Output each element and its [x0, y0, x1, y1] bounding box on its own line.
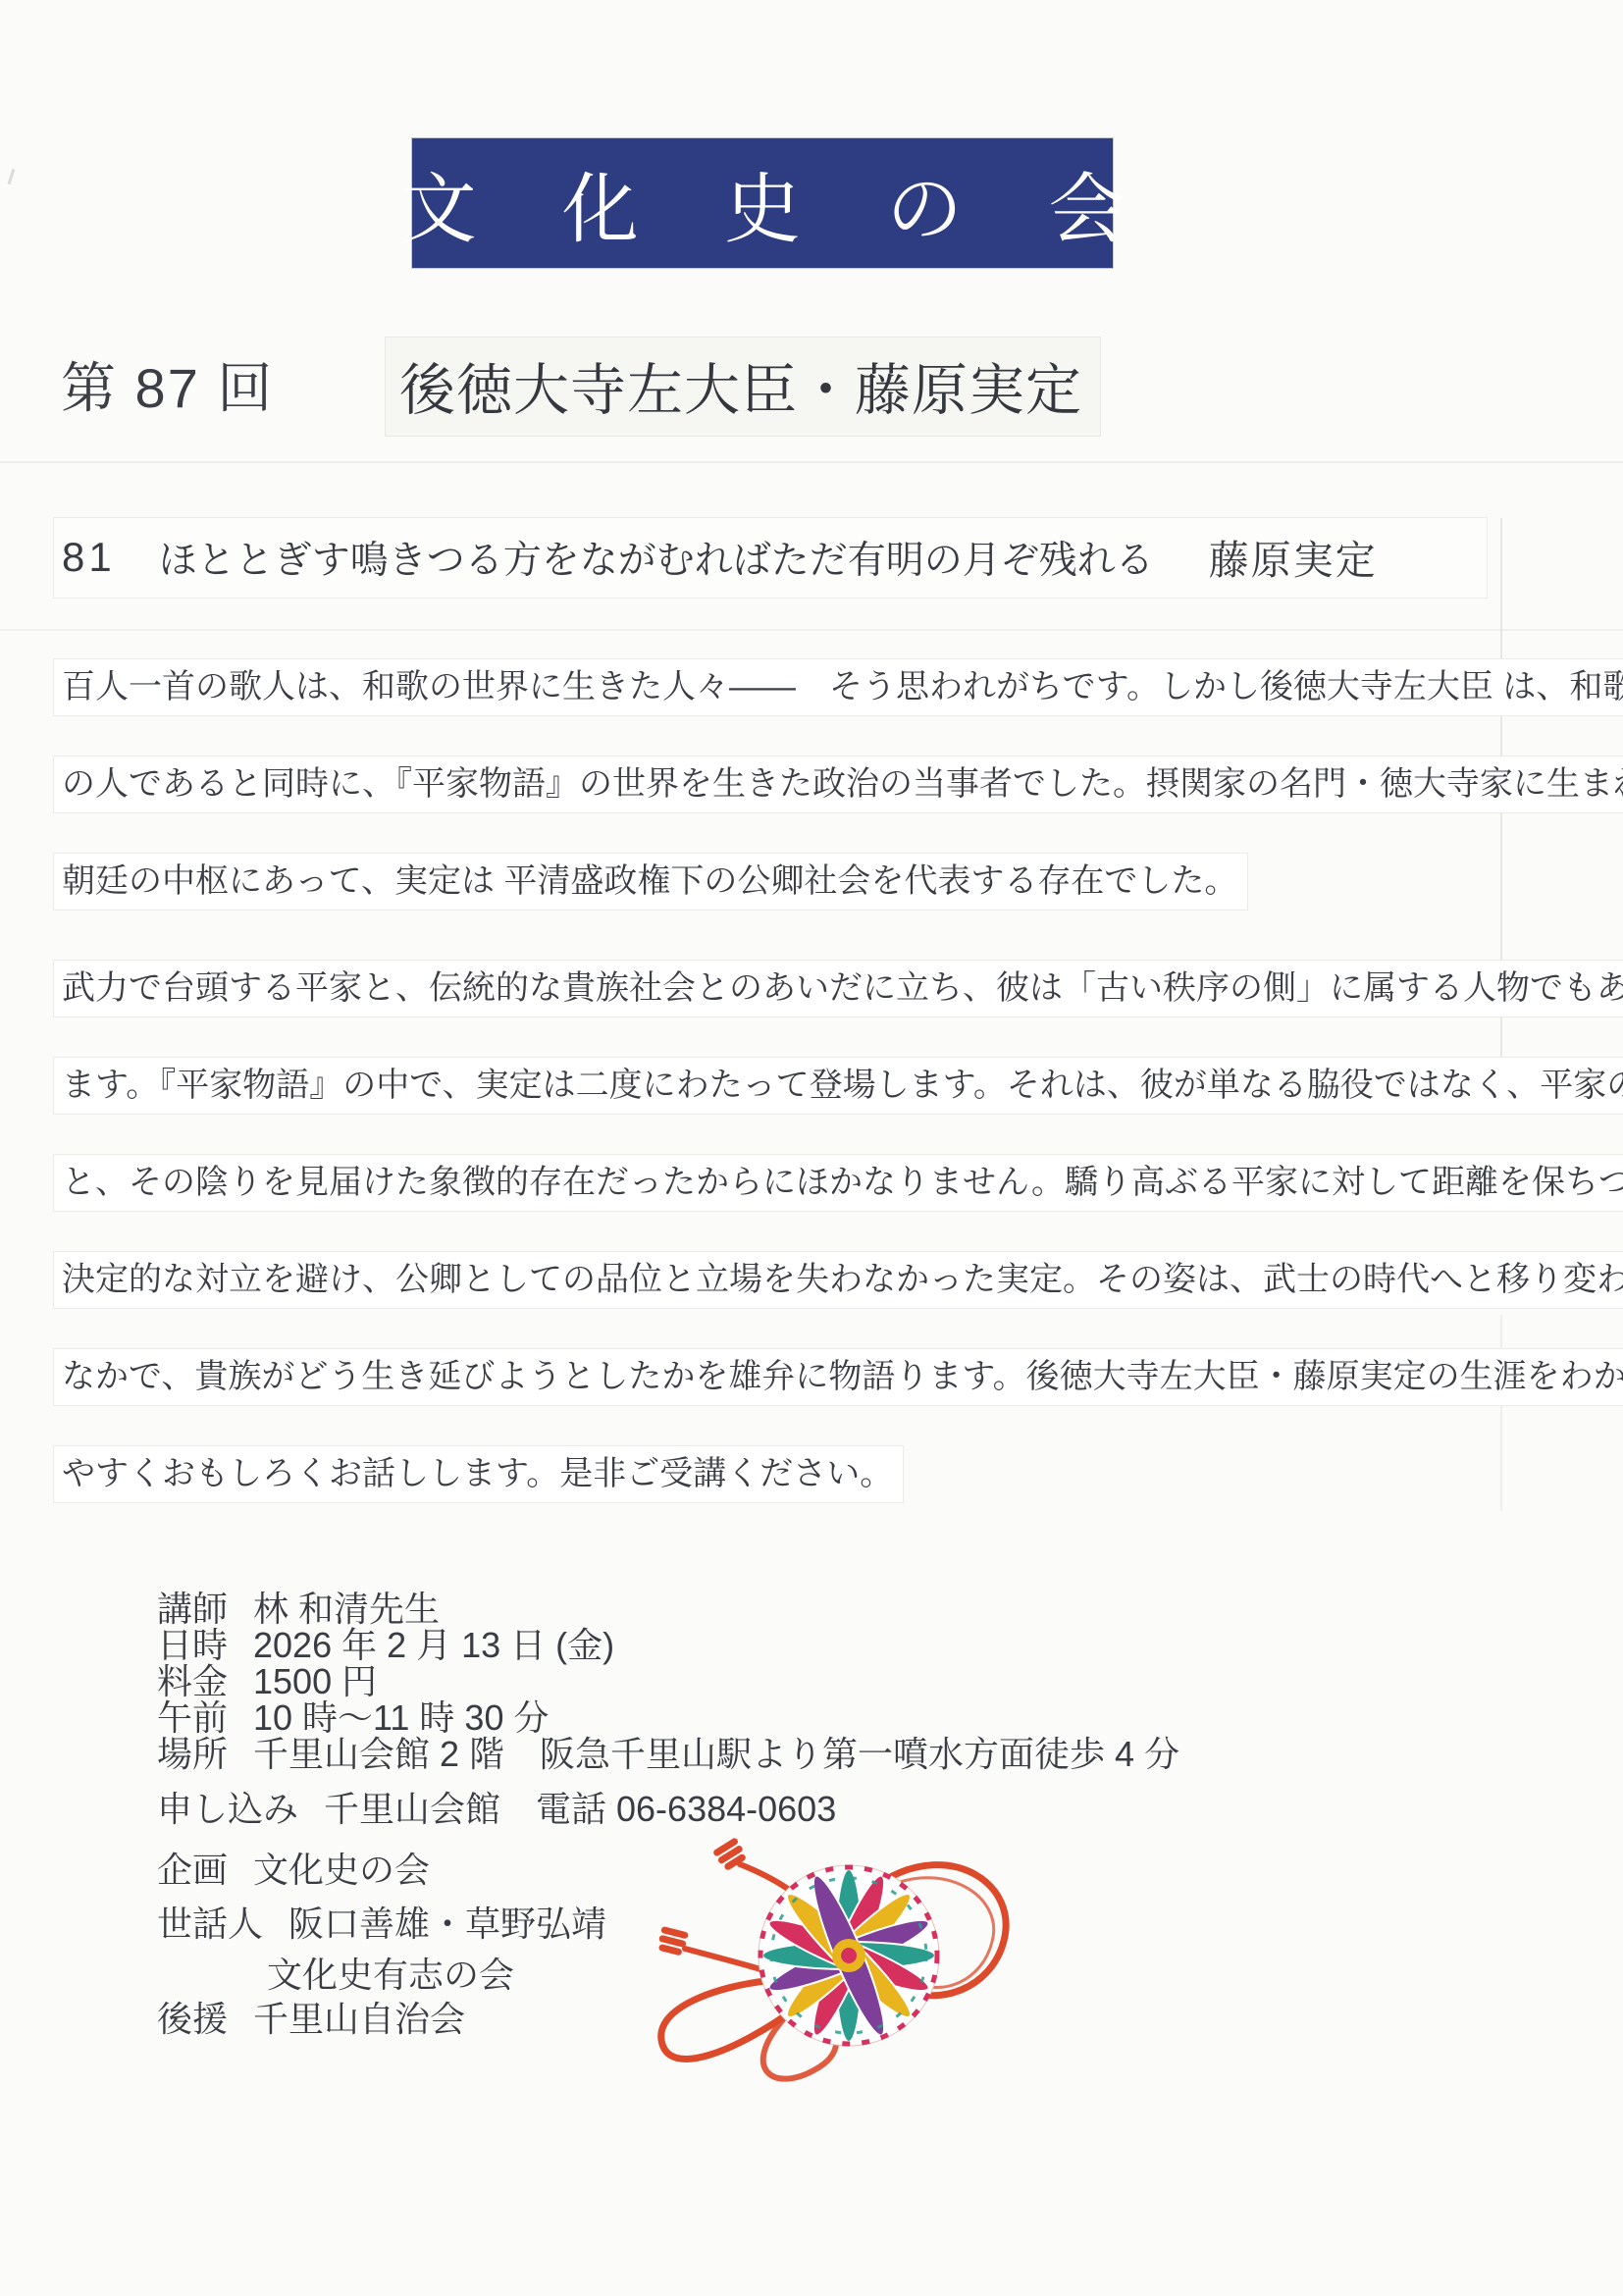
poem-number: 81 — [62, 534, 116, 581]
body-line: 決定的な対立を避け、公卿としての品位と立場を失わなかった実定。その姿は、武士の時… — [54, 1252, 1623, 1308]
detail-value: 千里山自治会 — [253, 1992, 465, 2042]
detail-support: 後援 千里山自治会 — [157, 1992, 465, 2042]
poem-author: 藤原実定 — [1209, 528, 1378, 586]
body-paragraph: 百人一首の歌人は、和歌の世界に生きた人々―― そう思われがちです。しかし後徳大寺… — [54, 659, 1585, 1543]
body-line: 百人一首の歌人は、和歌の世界に生きた人々―― そう思われがちです。しかし後徳大寺… — [54, 659, 1623, 715]
detail-label: 企画 — [157, 1843, 228, 1893]
body-line: 朝廷の中枢にあって、実定は 平清盛政権下の公卿社会を代表する存在でした。 — [54, 854, 1247, 910]
body-line: の人であると同時に、『平家物語』の世界を生きた政治の当事者でした。摂関家の名門・… — [54, 757, 1623, 812]
lecture-title-box: 後徳大寺左大臣・藤原実定 — [386, 338, 1100, 436]
temari-ball-icon — [628, 1803, 1060, 2108]
poem-text: ほととぎす鳴きつる方をながむればただ有明の月ぞ残れる — [159, 530, 1154, 585]
detail-label: 申し込み — [157, 1782, 298, 1832]
body-line: やすくおもしろくお話しします。是非ご受講ください。 — [54, 1446, 903, 1502]
detail-label: 場所 — [157, 1727, 228, 1777]
scan-artifact-hline — [0, 629, 1623, 631]
detail-organizers: 世話人 阪口善雄・草野弘靖 — [157, 1897, 606, 1947]
detail-value: 千里山会館 2 階 阪急千里山駅より第一噴水方面徒歩 4 分 — [253, 1727, 1179, 1777]
detail-organizers-group: 文化史有志の会 — [157, 1948, 514, 1998]
body-line: と、その陰りを見届けた象徴的存在だったからにほかなりません。驕り高ぶる平家に対し… — [54, 1155, 1623, 1211]
club-title: 文 化 史 の 会 — [368, 148, 1157, 258]
scan-artifact-hline — [0, 461, 1623, 463]
club-title-banner: 文 化 史 の 会 — [412, 138, 1113, 268]
scan-artifact-mark — [8, 169, 16, 184]
detail-value: 阪口善雄・草野弘靖 — [288, 1897, 606, 1947]
body-line: ます。『平家物語』の中で、実定は二度にわたって登場します。それは、彼が単なる脇役… — [54, 1058, 1623, 1114]
temari-knot — [656, 1926, 689, 1957]
detail-label: 後援 — [157, 1992, 228, 2042]
detail-planning: 企画 文化史の会 — [157, 1843, 430, 1893]
temari-ball — [759, 1865, 939, 2046]
temari-ball-illustration — [628, 1803, 1060, 2108]
body-line: 武力で台頭する平家と、伝統的な貴族社会とのあいだに立ち、彼は「古い秩序の側」に属… — [54, 961, 1623, 1017]
session-number: 第 87 回 — [61, 345, 274, 424]
detail-label: 世話人 — [157, 1897, 263, 1947]
poem-line: 81 ほととぎす鳴きつる方をながむればただ有明の月ぞ残れる 藤原実定 — [54, 518, 1487, 598]
scanned-flyer-page: { "banner": { "title": "文 化 史 の 会", "bg_… — [0, 0, 1623, 2296]
detail-value: 文化史の会 — [253, 1843, 430, 1893]
body-line: なかで、貴族がどう生き延びようとしたかを雄弁に物語ります。後徳大寺左大臣・藤原実… — [54, 1349, 1623, 1405]
detail-value: 文化史有志の会 — [267, 1948, 514, 1998]
detail-place: 場所 千里山会館 2 階 阪急千里山駅より第一噴水方面徒歩 4 分 — [157, 1727, 1179, 1777]
lecture-title: 後徳大寺左大臣・藤原実定 — [399, 359, 1082, 422]
